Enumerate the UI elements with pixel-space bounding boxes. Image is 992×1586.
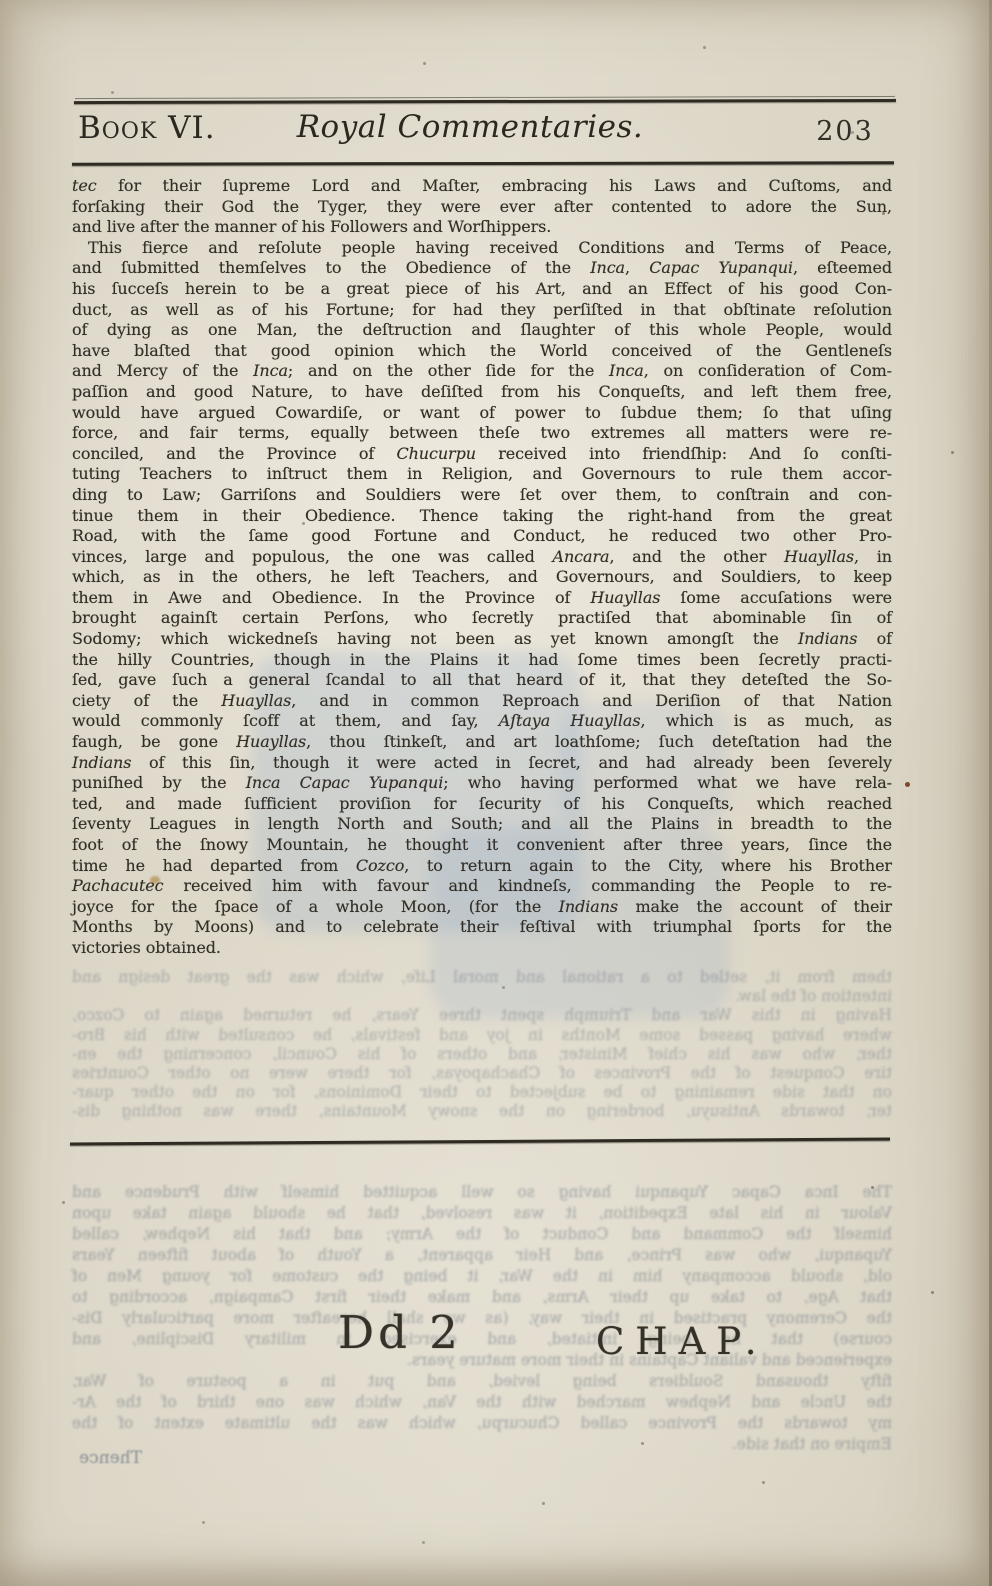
page-number: 203 (800, 116, 890, 147)
bottom-rule (70, 1137, 890, 1145)
bleedthrough-catchword: Thence (62, 1448, 142, 1468)
body-text: tec for their ſupreme Lord and Maſter, e… (72, 176, 892, 959)
bleedthrough-word: Thence (79, 1448, 142, 1468)
running-title: Royal Commentaries. (150, 109, 790, 145)
catchword: CHAP. (596, 1320, 767, 1363)
top-rule (74, 99, 896, 104)
bleedthrough-lower: The Inca Capac Yupanqui having so well a… (72, 1182, 892, 1455)
book-page-scan: Book VI. Royal Commentaries. 203 tec for… (0, 0, 992, 1586)
bleedthrough-upper: them from it, setled to a rational and m… (72, 968, 892, 1122)
header-rule (72, 161, 894, 165)
signature-mark: Dd 2 (338, 1306, 462, 1359)
